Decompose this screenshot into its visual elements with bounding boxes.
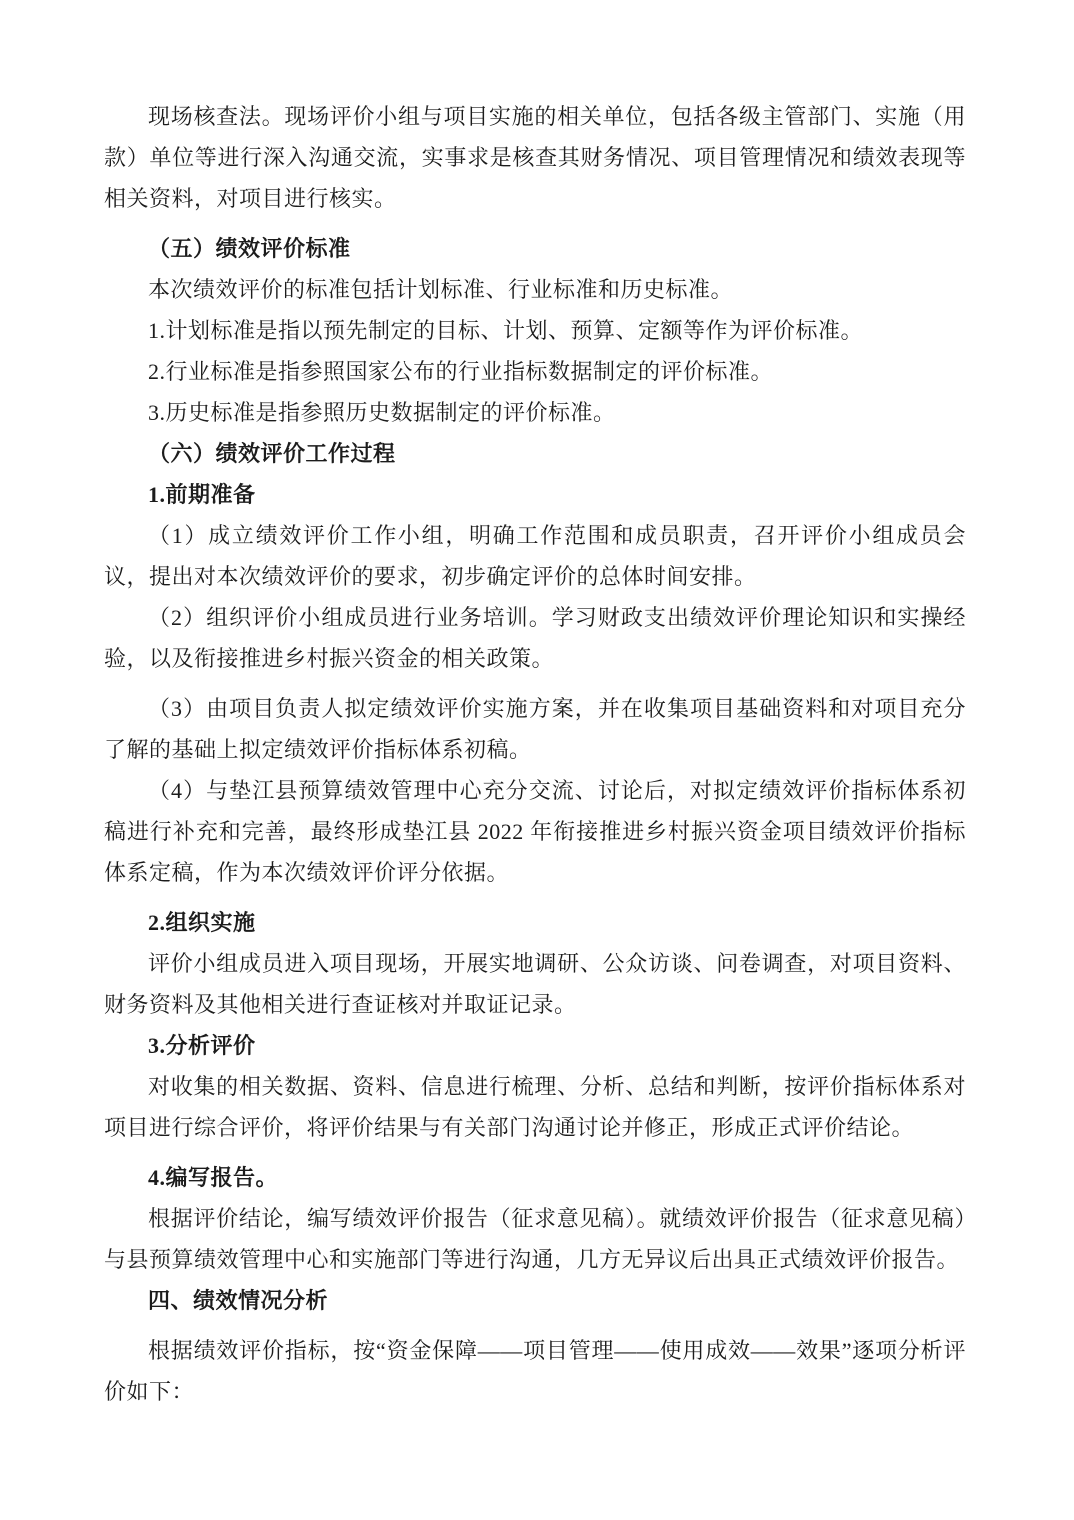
paragraph: 对收集的相关数据、资料、信息进行梳理、分析、总结和判断，按评价指标体系对项目进行… xyxy=(104,1066,966,1148)
list-item: 3.历史标准是指参照历史数据制定的评价标准。 xyxy=(104,392,966,433)
sub-heading: 3.分析评价 xyxy=(104,1025,966,1066)
paragraph: 现场核查法。现场评价小组与项目实施的相关单位，包括各级主管部门、实施（用款）单位… xyxy=(104,96,966,219)
paragraph: （3）由项目负责人拟定绩效评价实施方案，并在收集项目基础资料和对项目充分了解的基… xyxy=(104,688,966,770)
paragraph: 本次绩效评价的标准包括计划标准、行业标准和历史标准。 xyxy=(104,269,966,310)
paragraph: 根据评价结论，编写绩效评价报告（征求意见稿）。就绩效评价报告（征求意见稿）与县预… xyxy=(104,1198,966,1280)
sub-heading: 1.前期准备 xyxy=(104,474,966,515)
section-heading: （六）绩效评价工作过程 xyxy=(104,433,966,474)
sub-heading: 4.编写报告。 xyxy=(104,1157,966,1198)
document-page: 现场核查法。现场评价小组与项目实施的相关单位，包括各级主管部门、实施（用款）单位… xyxy=(0,0,1074,1520)
paragraph: 评价小组成员进入项目现场，开展实地调研、公众访谈、问卷调查，对项目资料、财务资料… xyxy=(104,943,966,1025)
section-heading: 四、绩效情况分析 xyxy=(104,1280,966,1321)
paragraph: 根据绩效评价指标，按“资金保障——项目管理——使用成效——效果”逐项分析评价如下… xyxy=(104,1330,966,1412)
section-heading: （五）绩效评价标准 xyxy=(104,228,966,269)
list-item: 1.计划标准是指以预先制定的目标、计划、预算、定额等作为评价标准。 xyxy=(104,310,966,351)
paragraph: （1）成立绩效评价工作小组，明确工作范围和成员职责，召开评价小组成员会议，提出对… xyxy=(104,515,966,597)
paragraph: （2）组织评价小组成员进行业务培训。学习财政支出绩效评价理论知识和实操经验，以及… xyxy=(104,597,966,679)
list-item: 2.行业标准是指参照国家公布的行业指标数据制定的评价标准。 xyxy=(104,351,966,392)
sub-heading: 2.组织实施 xyxy=(104,902,966,943)
paragraph: （4）与垫江县预算绩效管理中心充分交流、讨论后，对拟定绩效评价指标体系初稿进行补… xyxy=(104,770,966,893)
